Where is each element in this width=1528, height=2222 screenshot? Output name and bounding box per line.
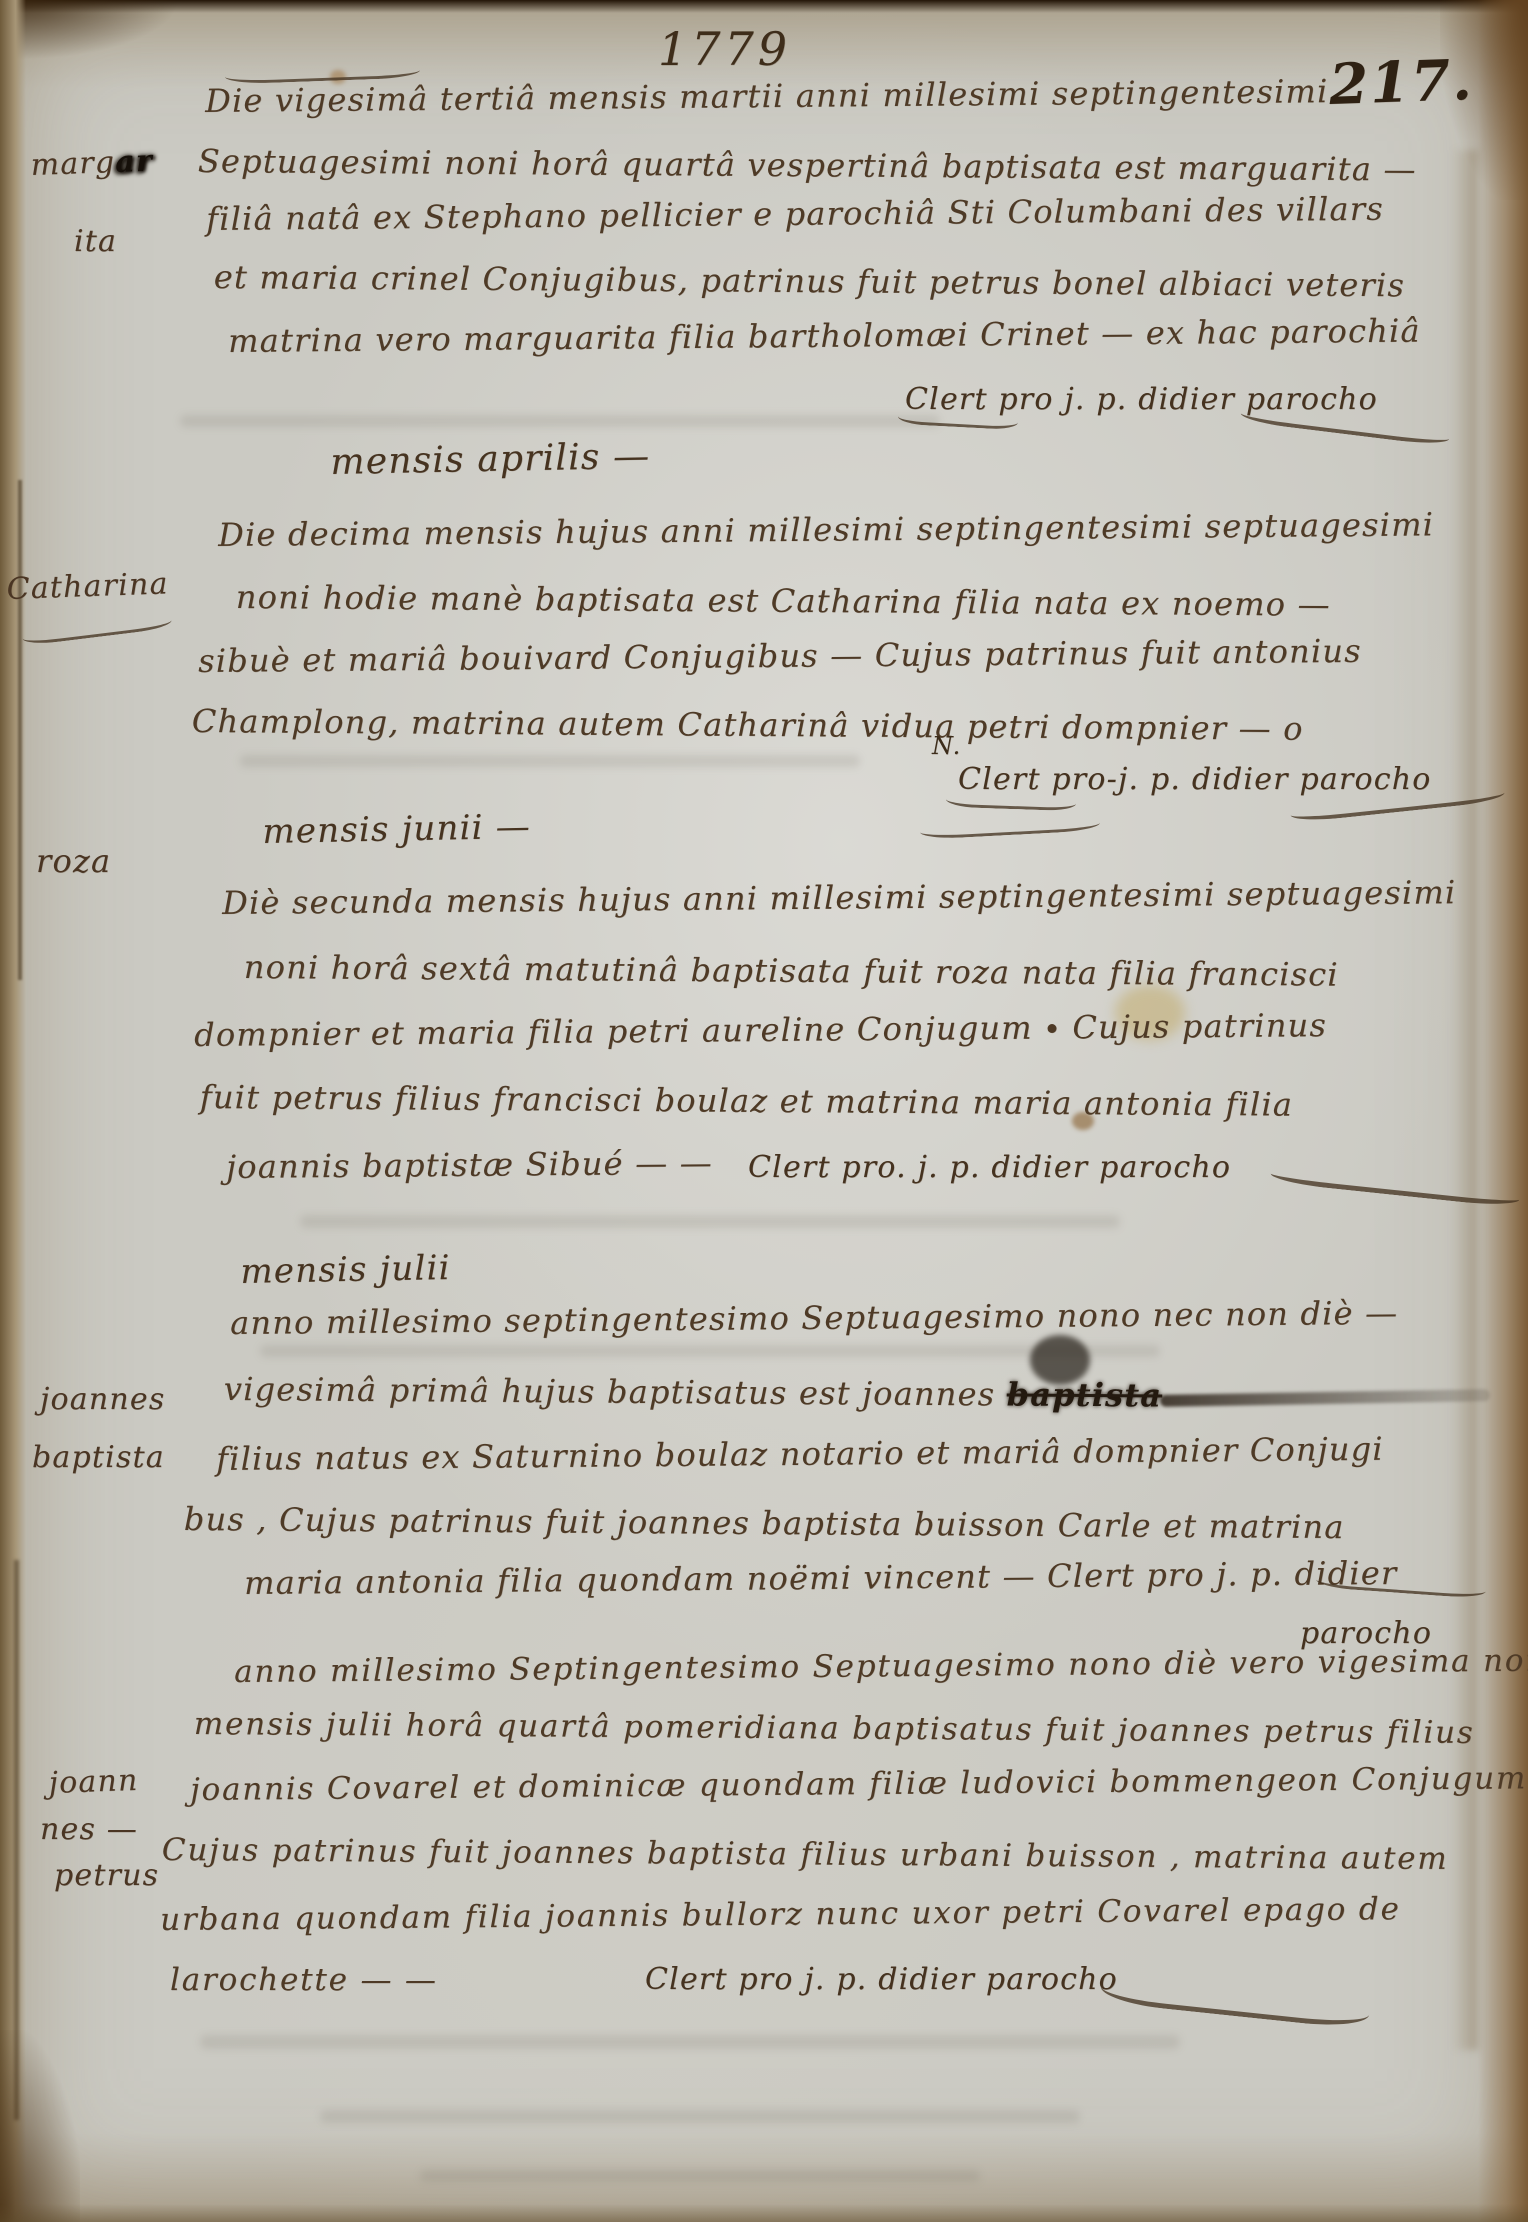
bleed-streak xyxy=(260,1345,1160,1357)
record-5-line-4: Cujus patrinus fuit joannes baptista fil… xyxy=(162,1832,1449,1877)
record-5-line-1: anno millesimo Septingentesimo Septuages… xyxy=(234,1642,1528,1690)
margin-note-nes: nes — xyxy=(40,1812,138,1847)
record-3-line-2: noni horâ sextâ matutinâ baptisata fuit … xyxy=(244,948,1339,994)
record-2-line-2: noni hodie manè baptisata est Catharina … xyxy=(236,578,1331,624)
record-4-line-5: maria antonia filia quondam noëmi vincen… xyxy=(244,1554,1398,1602)
bleed-streak xyxy=(420,2170,980,2182)
record-4-line-2-text: vigesimâ primâ hujus baptisatus est joan… xyxy=(224,1370,1007,1413)
ink-smear xyxy=(1160,1389,1490,1407)
record-3-line-4: fuit petrus filius francisci boulaz et m… xyxy=(200,1078,1294,1124)
margin-note-text: marg xyxy=(30,145,116,183)
page-number: 217. xyxy=(1328,47,1475,118)
record-3-signature: Clert pro. j. p. didier parocho xyxy=(748,1150,1231,1185)
record-1-signature: Clert pro j. p. didier parocho xyxy=(905,382,1378,417)
record-4-line-3: filius natus ex Saturnino boulaz notario… xyxy=(216,1430,1384,1478)
record-5-line-3: joannis Covarel et dominicæ quondam fili… xyxy=(190,1760,1527,1808)
struck-out-word: baptista xyxy=(1007,1375,1163,1414)
record-2-signature: Clert pro-j. p. didier parocho xyxy=(958,762,1432,797)
margin-note-roza: roza xyxy=(36,842,111,880)
record-5-line-5: urbana quondam filia joannis bullorz nun… xyxy=(160,1891,1401,1938)
section-header-july: mensis julii xyxy=(240,1248,451,1292)
record-3-line-1: Diè secunda mensis hujus anni millesimi … xyxy=(222,873,1457,922)
bleed-streak xyxy=(240,755,860,767)
margin-note-petrus: petrus xyxy=(54,1858,159,1893)
record-2-line-3: sibuè et mariâ bouivard Conjugibus — Cuj… xyxy=(198,632,1362,680)
record-1-line-5: matrina vero marguarita filia bartholomæ… xyxy=(228,312,1421,360)
margin-underline-flourish xyxy=(22,613,173,646)
top-edge-shadow xyxy=(0,0,1528,13)
record-1-line-4: et maria crinel Conjugibus, patrinus fui… xyxy=(214,258,1405,304)
bleed-streak xyxy=(300,1215,1120,1228)
record-2-line-4: Champlong, matrina autem Catharinâ vidua… xyxy=(192,702,1304,748)
signature-flourish xyxy=(1099,1971,1371,2030)
margin-note-margarita-2: ita xyxy=(74,224,117,259)
section-header-april: mensis aprilis — xyxy=(330,436,651,483)
record-5-line-2: mensis julii horâ quartâ pomeridiana bap… xyxy=(194,1706,1475,1751)
margin-note-margarita: margar xyxy=(30,144,153,183)
record-2-annotation: N. xyxy=(932,732,962,760)
bottom-edge-shadow xyxy=(0,2204,1528,2222)
bleed-streak xyxy=(200,2035,1180,2049)
section-header-june: mensis junii — xyxy=(262,807,531,852)
margin-note-catharina: Catharina xyxy=(6,566,169,607)
bleed-streak xyxy=(320,2110,1080,2123)
ink-blot-heavy xyxy=(1030,1335,1090,1385)
record-1-line-3: filiâ natâ ex Stephano pellicier e paroc… xyxy=(206,190,1384,238)
bottom-left-stain xyxy=(0,2030,80,2222)
margin-note-joann: joann xyxy=(48,1763,139,1801)
record-1-line-2: Septuagesimi noni horâ quartâ vespertinâ… xyxy=(198,142,1417,189)
page-scan: 1779 217. margar ita Die vigesimâ tertiâ… xyxy=(0,0,1528,2222)
margin-note-joannes: joannes xyxy=(40,1382,165,1417)
top-left-corner-stain xyxy=(0,0,180,60)
record-1-line-1: Die vigesimâ tertiâ mensis martii anni m… xyxy=(205,72,1329,120)
record-4-line-2: vigesimâ primâ hujus baptisatus est joan… xyxy=(224,1370,1163,1415)
record-4-line-4: bus , Cujus patrinus fuit joannes baptis… xyxy=(184,1500,1345,1546)
bleed-streak xyxy=(180,415,940,427)
record-5-signature: Clert pro j. p. didier parocho xyxy=(645,1962,1118,1997)
record-5-line-6: larochette — — xyxy=(170,1962,438,1998)
signature-flourish xyxy=(920,815,1101,839)
binding-crack xyxy=(18,480,22,980)
book-binding xyxy=(0,0,26,2222)
record-3-line-5: joannis baptistæ Sibué — — xyxy=(226,1144,713,1186)
page-edge-right xyxy=(1478,0,1528,2222)
ink-blot: ar xyxy=(115,144,154,180)
year-heading: 1779 xyxy=(658,22,791,76)
margin-note-baptista: baptista xyxy=(32,1440,165,1475)
record-4-line-1: anno millesimo septingentesimo Septuages… xyxy=(230,1294,1398,1342)
record-3-line-3: dompnier et maria filia petri aureline C… xyxy=(194,1006,1327,1054)
record-2-line-1: Die decima mensis hujus anni millesimi s… xyxy=(218,505,1434,554)
